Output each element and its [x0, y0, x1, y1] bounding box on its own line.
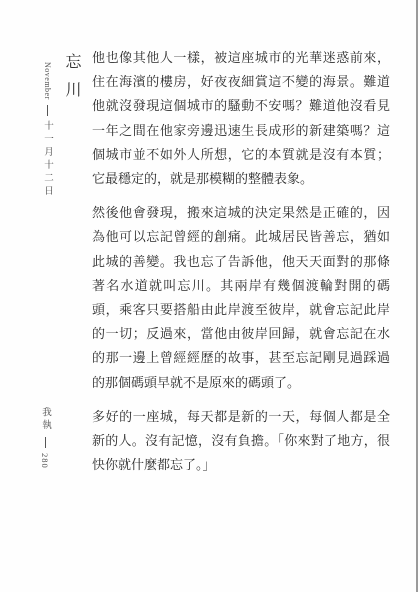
footer-divider [45, 437, 46, 448]
book-title: 我執 [40, 407, 50, 432]
date-month-english: November [43, 62, 52, 100]
paragraph-1: 他也像其他人一樣，被這座城市的光華迷惑前來，住在海濱的樓房，好夜夜細賞這不變的海… [92, 46, 390, 191]
paragraph-2: 然後他會發現，搬來這城的決定果然是正確的，因為他可以忘記曾經的創痛。此城居民皆善… [92, 201, 390, 395]
essay-body: 他也像其他人一樣，被這座城市的光華迷惑前來，住在海濱的樓房，好夜夜細賞這不變的海… [92, 46, 390, 487]
page-scan-edge [416, 0, 418, 592]
page-number: 280 [40, 453, 50, 469]
footer-column: 我執280 [39, 407, 51, 469]
book-page: 忘川 November十一月十二日 我執280 他也像其他人一樣，被這座城市的光… [0, 0, 420, 592]
paragraph-3: 多好的一座城，每天都是新的一天，每個人都是全新的人。沒有記憶，沒有負擔。「你來對… [92, 405, 390, 478]
date-divider [47, 105, 48, 116]
essay-title: 忘川 [61, 53, 81, 109]
date-column: November十一月十二日 [41, 62, 53, 199]
date-chinese: 十一月十二日 [42, 121, 52, 199]
